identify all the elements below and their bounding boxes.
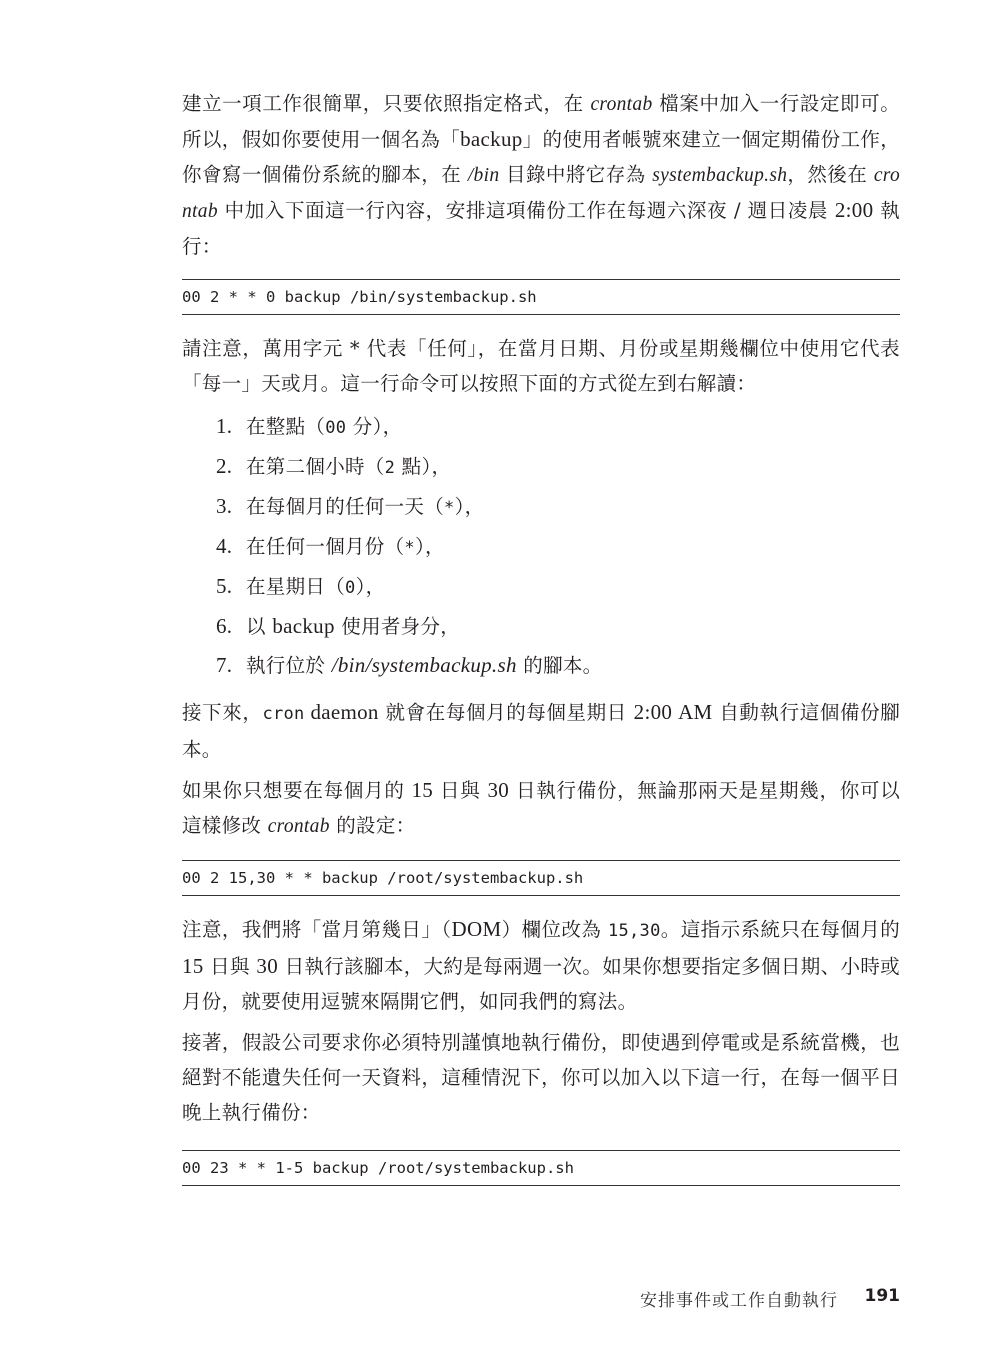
code-block-2: 00 2 15,30 * * backup /root/systembackup…: [182, 860, 900, 896]
text: 使用者身分，: [335, 615, 460, 638]
paragraph-15-30: 如果你只想要在每個月的 15 日與 30 日執行備份，無論那兩天是星期幾，你可以…: [182, 773, 900, 844]
list-number: 6.: [216, 607, 246, 645]
list-item: 1.在整點（00 分），: [216, 407, 900, 447]
paragraph-intro: 建立一項工作很簡單，只要依照指定格式，在 crontab 檔案中加入一行設定即可…: [182, 86, 900, 264]
day-value: 30: [487, 778, 509, 802]
list-item: 5.在星期日（0），: [216, 567, 900, 607]
text: 分），: [346, 415, 402, 438]
text: 目錄中將它存為: [499, 163, 652, 186]
filename-systembackup: systembackup.sh: [652, 165, 787, 186]
text: daemon: [305, 700, 379, 724]
paragraph-weekday-backup: 接著，假設公司要求你必須特別謹慎地執行備份，即使遇到停電或是系統當機，也絕對不能…: [182, 1025, 900, 1130]
text: 日與: [433, 779, 487, 802]
list-number: 2.: [216, 447, 246, 485]
page-number: 191: [865, 1286, 901, 1306]
list-item: 6.以 backup 使用者身分，: [216, 607, 900, 646]
text: 點），: [395, 455, 451, 478]
code-cron: cron: [262, 704, 304, 724]
filename-crontab: crontab: [268, 816, 330, 837]
text: 。這指示系統只在每個月的: [661, 918, 900, 941]
time-value: 2:00: [835, 198, 874, 222]
text: 如果你只想要在每個月的: [182, 779, 412, 802]
code-value: 00: [325, 418, 346, 438]
list-number: 7.: [216, 646, 246, 684]
list-number: 4.: [216, 527, 246, 565]
text: ），: [356, 575, 386, 598]
text: 的設定：: [330, 814, 416, 837]
code-value: 15,30: [608, 921, 661, 941]
text: 接下來，: [182, 701, 262, 724]
code-value: *: [444, 498, 455, 518]
list-number: 3.: [216, 487, 246, 525]
text: 執行位於: [246, 654, 332, 677]
filename-crontab: crontab: [590, 94, 652, 115]
username-backup: backup: [460, 127, 522, 151]
text: ，然後在: [787, 163, 874, 186]
chapter-title: 安排事件或工作自動執行: [640, 1286, 838, 1311]
list-number: 5.: [216, 567, 246, 605]
text: 在任何一個月份（: [246, 535, 404, 558]
text: ）欄位改為: [501, 918, 608, 941]
text: 建立一項工作很簡單，只要依照指定格式，在: [182, 92, 590, 115]
cron-explanation-list: 1.在整點（00 分）， 2.在第二個小時（2 點）， 3.在每個月的任何一天（…: [182, 407, 900, 685]
text: 的腳本。: [517, 654, 603, 677]
text: 日執行該腳本，大約是每兩週一次。如果你想要指定多個日期、小時或月份，就要使用逗號…: [182, 955, 900, 1013]
code-value: 0: [345, 578, 356, 598]
list-item: 7.執行位於 /bin/systembackup.sh 的腳本。: [216, 646, 900, 685]
list-item: 4.在任何一個月份（*），: [216, 527, 900, 567]
text: 在星期日（: [246, 575, 345, 598]
text: 就會在每個月的每個星期日: [379, 701, 634, 724]
text: DOM: [452, 917, 502, 941]
day-value: 30: [256, 954, 278, 978]
path-systembackup: /bin/systembackup.sh: [332, 653, 517, 677]
code-block-3: 00 23 * * 1-5 backup /root/systembackup.…: [182, 1150, 900, 1186]
text: ），: [455, 495, 485, 518]
text: 以: [246, 615, 272, 638]
paragraph-wildcard: 請注意，萬用字元 * 代表「任何」，在當月日期、月份或星期幾欄位中使用它代表「每…: [182, 331, 900, 401]
username-backup: backup: [272, 614, 334, 638]
text: 在每個月的任何一天（: [246, 495, 444, 518]
list-number: 1.: [216, 407, 246, 445]
text: 注意，我們將「當月第幾日」（: [182, 918, 452, 941]
text: 中加入下面這一行內容，安排這項備份工作在每週六深夜 / 週日凌晨: [218, 199, 835, 222]
day-value: 15: [182, 954, 204, 978]
text: 日與: [204, 955, 257, 978]
paragraph-dom-field: 注意，我們將「當月第幾日」（DOM）欄位改為 15,30。這指示系統只在每個月的…: [182, 912, 900, 1019]
path-bin: /bin: [468, 165, 500, 186]
day-value: 15: [412, 778, 434, 802]
code-value: *: [404, 538, 415, 558]
text: 在整點（: [246, 415, 325, 438]
paragraph-cron-daemon: 接下來，cron daemon 就會在每個月的每個星期日 2:00 AM 自動執…: [182, 695, 900, 767]
page-body: 建立一項工作很簡單，只要依照指定格式，在 crontab 檔案中加入一行設定即可…: [182, 86, 900, 1186]
text: 在第二個小時（: [246, 455, 385, 478]
list-item: 3.在每個月的任何一天（*），: [216, 487, 900, 527]
list-item: 2.在第二個小時（2 點），: [216, 447, 900, 487]
text: ），: [415, 535, 445, 558]
code-block-1: 00 2 * * 0 backup /bin/systembackup.sh: [182, 279, 900, 315]
code-value: 2: [385, 458, 396, 478]
time-value: 2:00 AM: [634, 700, 713, 724]
